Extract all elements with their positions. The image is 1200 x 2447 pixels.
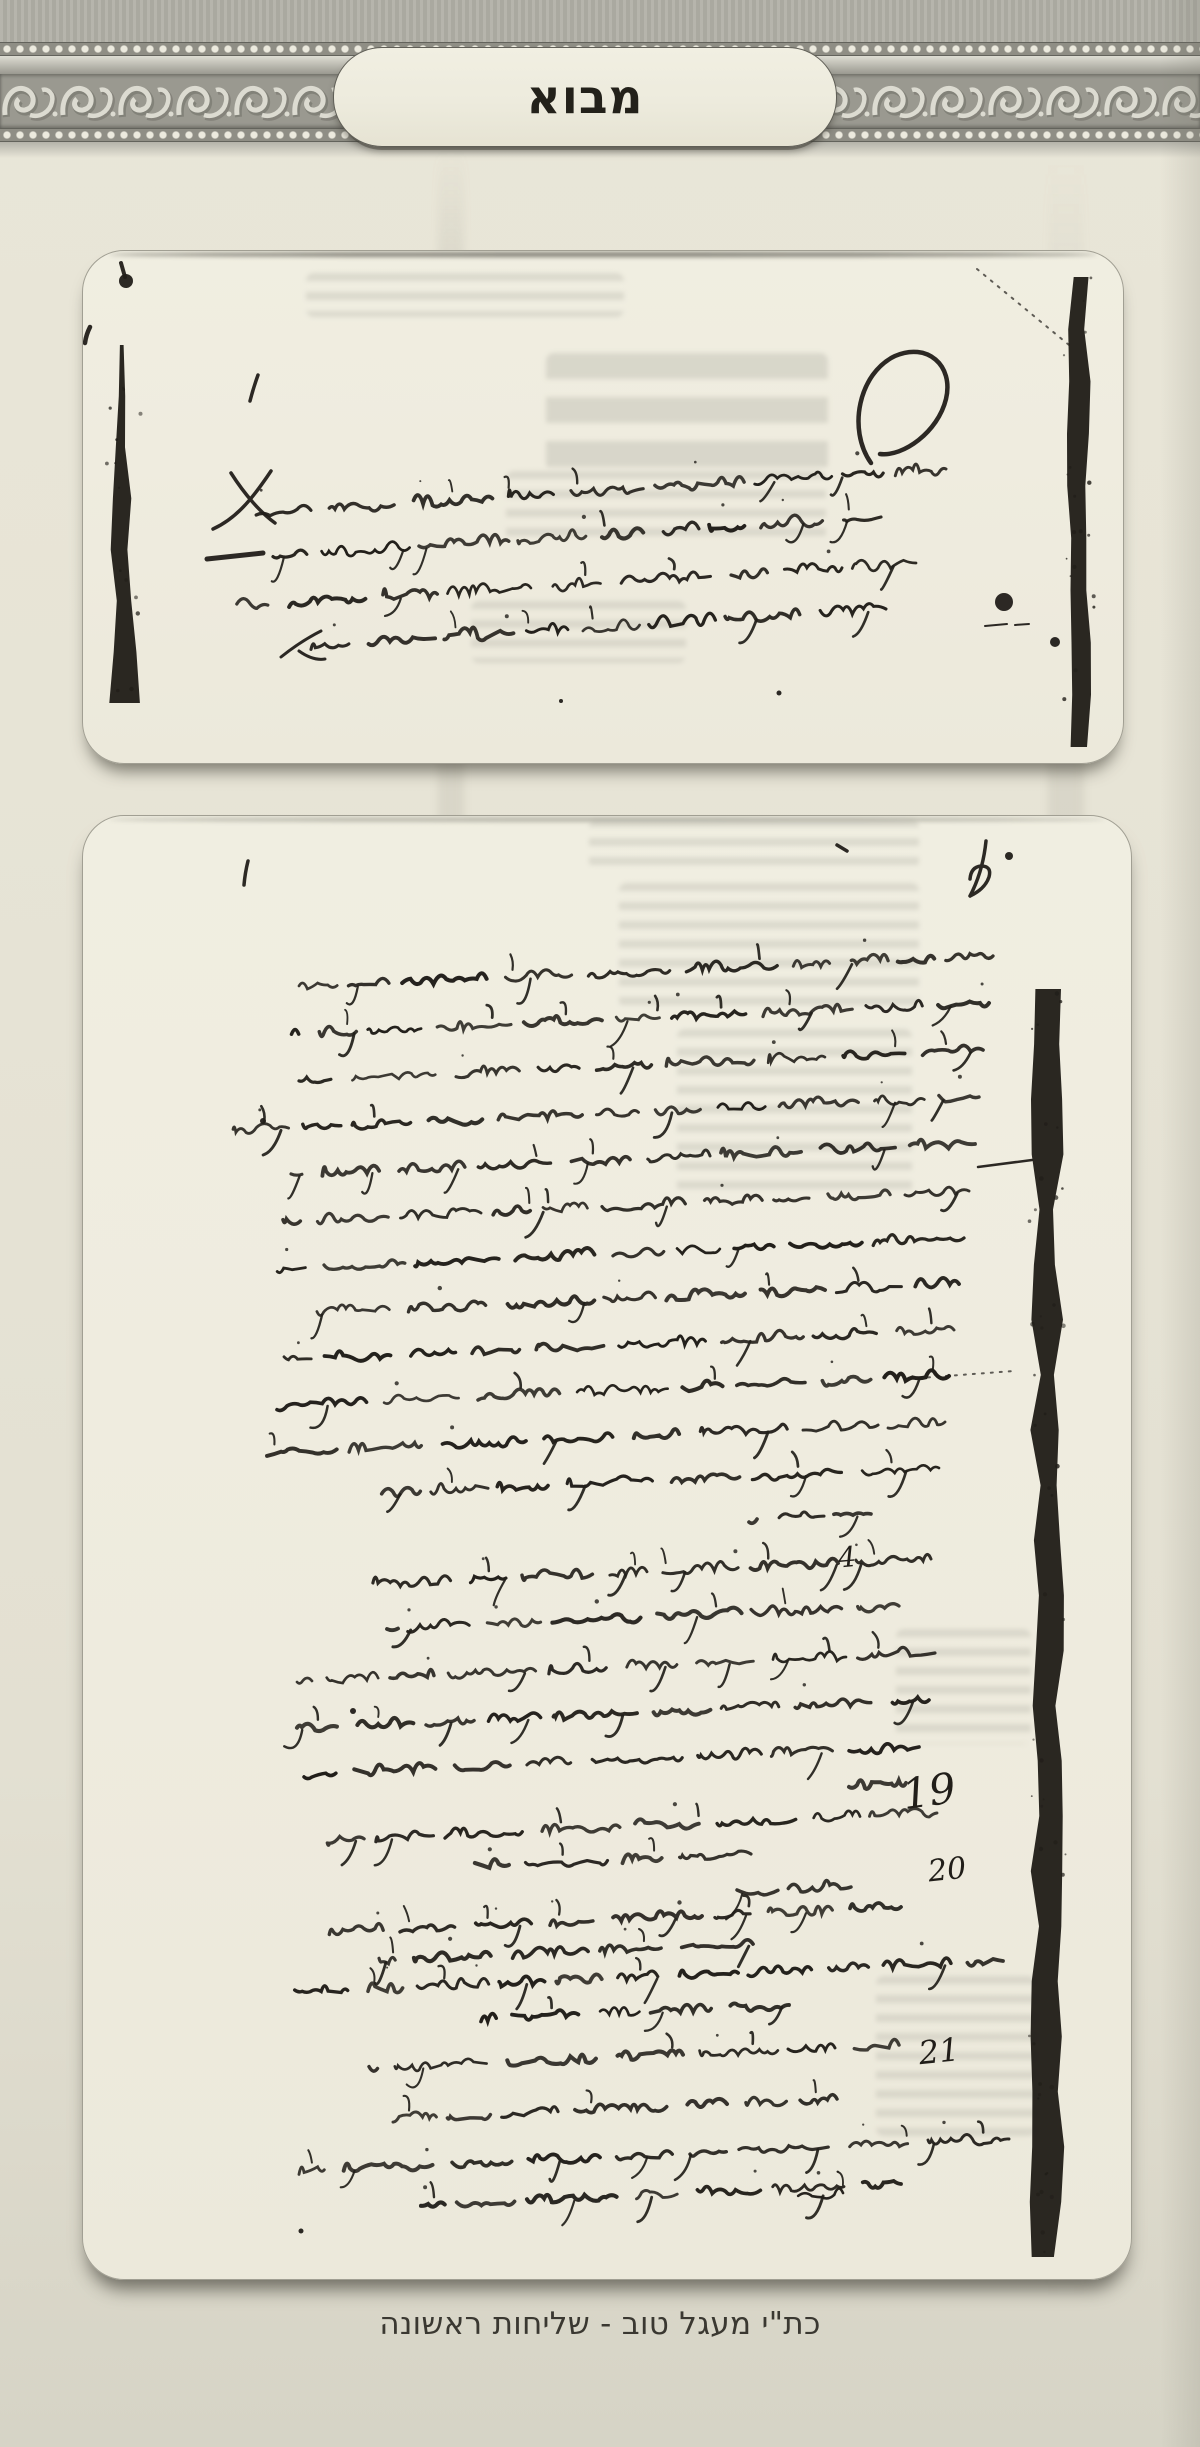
handwritten-line bbox=[295, 1942, 1003, 2009]
handwritten-line bbox=[393, 2080, 837, 2122]
handwritten-line bbox=[277, 1357, 949, 1428]
handwritten-line bbox=[311, 604, 886, 650]
handwritten-line bbox=[304, 1744, 919, 1779]
handwritten-line bbox=[267, 1418, 945, 1463]
handwritten-line bbox=[369, 2032, 899, 2087]
handwritten-line bbox=[849, 1780, 906, 1789]
section-title: מבוא bbox=[526, 70, 643, 125]
manuscript-margin-number: 4 bbox=[836, 1540, 858, 1575]
handwritten-line bbox=[312, 1268, 960, 1339]
handwritten-line bbox=[284, 1683, 929, 1748]
handwritten-line bbox=[297, 1632, 935, 1691]
handwritten-line bbox=[382, 1450, 939, 1512]
handwritten-line bbox=[329, 1896, 901, 1947]
handwritten-line bbox=[284, 1309, 954, 1366]
handwritten-line bbox=[288, 1136, 975, 1198]
manuscript-margin-number: 20 bbox=[925, 1851, 968, 1890]
scanned-book-page: מבוא 1920214 כת"י מעגל טוב - שליחות ראשו… bbox=[0, 0, 1200, 2447]
handwritten-line bbox=[387, 1589, 899, 1647]
handwritten-line bbox=[292, 983, 990, 1056]
band-top-strip bbox=[0, 0, 1200, 42]
handwritten-line bbox=[481, 1997, 789, 2030]
handwritten-line bbox=[299, 2121, 1009, 2188]
handwriting-layer-first bbox=[83, 251, 1123, 763]
handwritten-line bbox=[798, 2171, 843, 2218]
manuscript-scan-second: 1920214 bbox=[82, 815, 1132, 2280]
handwritten-line bbox=[299, 1030, 983, 1093]
handwritten-line bbox=[749, 1512, 871, 1537]
image-caption: כת"י מעגל טוב - שליחות ראשונה bbox=[0, 2306, 1200, 2342]
manuscript-margin-number: 19 bbox=[899, 1763, 959, 1819]
handwritten-line bbox=[283, 1184, 969, 1238]
handwritten-line bbox=[256, 451, 946, 516]
section-title-pill: מבוא bbox=[333, 47, 837, 147]
handwritten-line bbox=[237, 550, 916, 616]
handwritten-line bbox=[475, 1838, 751, 1868]
manuscript-scan-first bbox=[82, 250, 1124, 764]
manuscript-margin-number: 21 bbox=[916, 2030, 961, 2072]
handwritten-line bbox=[277, 1235, 964, 1273]
handwriting-layer-second: 1920214 bbox=[83, 816, 1131, 2279]
handwritten-line bbox=[299, 939, 993, 1005]
